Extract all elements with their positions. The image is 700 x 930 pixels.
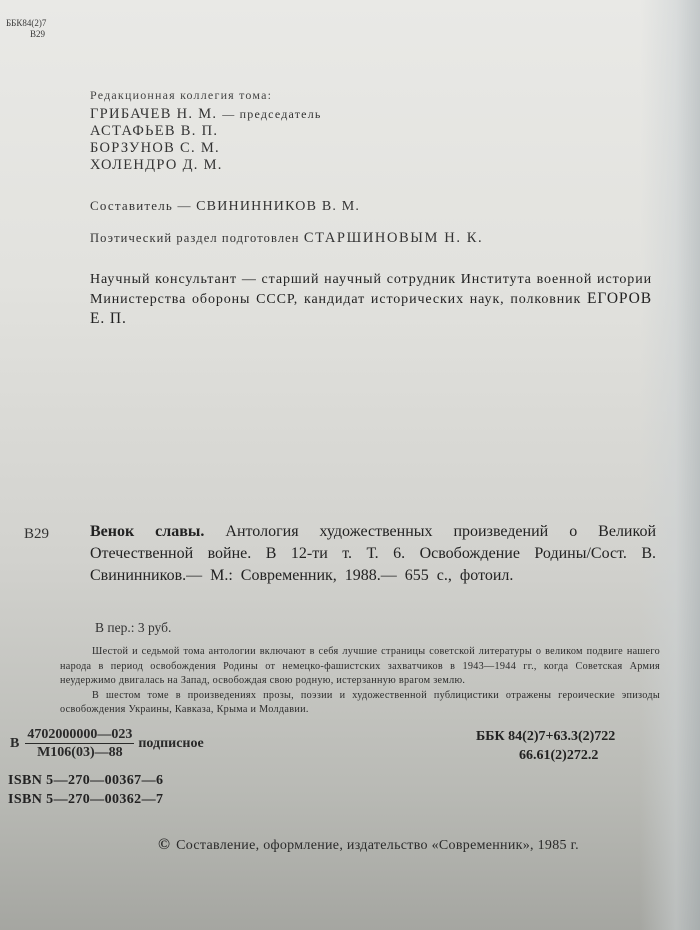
fraction-numerator: 4702000000—023 bbox=[25, 727, 134, 744]
bibliographic-record: Венок славы. Антология художественных пр… bbox=[90, 521, 656, 587]
isbn-line: ISBN 5—270—00362—7 bbox=[8, 790, 163, 809]
member-role: — председатель bbox=[222, 107, 321, 121]
poetic-section-line: Поэтический раздел подготовлен СТАРШИНОВ… bbox=[90, 230, 483, 247]
bbk-block: ББК 84(2)7+63.3(2)722 66.61(2)272.2 bbox=[476, 727, 615, 765]
fraction: 4702000000—023 М106(03)—88 bbox=[25, 727, 134, 761]
book-title: Венок славы. bbox=[90, 523, 204, 540]
index-code: В29 bbox=[6, 29, 46, 40]
copyright-text: Составление, оформление, издательство «С… bbox=[176, 838, 579, 853]
annotation-paragraph: Шестой и седьмой тома антологии включают… bbox=[60, 645, 660, 689]
bbk-line: ББК 84(2)7+63.3(2)722 bbox=[476, 727, 615, 746]
compiler-name: СВИНИННИКОВ В. М. bbox=[196, 199, 360, 214]
member-name: АСТАФЬЕВ В. П. bbox=[90, 123, 218, 139]
isbn-line: ISBN 5—270—00367—6 bbox=[8, 771, 163, 790]
board-member: ГРИБАЧЕВ Н. М. — председатель bbox=[90, 106, 322, 123]
editorial-board-heading: Редакционная коллегия тома: bbox=[90, 88, 322, 103]
isbn-block: ISBN 5—270—00367—6 ISBN 5—270—00362—7 bbox=[8, 771, 163, 809]
bbk-code: ББК84(2)7 bbox=[6, 18, 46, 29]
record-index-code: В29 bbox=[24, 526, 49, 543]
board-member: АСТАФЬЕВ В. П. bbox=[90, 123, 322, 140]
catalog-fraction: В 4702000000—023 М106(03)—88 подписное bbox=[10, 727, 204, 761]
editorial-board: Редакционная коллегия тома: ГРИБАЧЕВ Н. … bbox=[90, 88, 322, 174]
annotation: Шестой и седьмой тома антологии включают… bbox=[60, 645, 660, 718]
poetic-section-label: Поэтический раздел подготовлен bbox=[90, 231, 300, 245]
copyright-icon: © bbox=[158, 836, 170, 853]
bbk-line: 66.61(2)272.2 bbox=[476, 746, 615, 765]
consultant-text: Научный консультант — старший научный со… bbox=[90, 272, 652, 307]
consultant-paragraph: Научный консультант — старший научный со… bbox=[90, 270, 652, 329]
page-edge-shadow bbox=[640, 0, 700, 930]
copyright-line: © Составление, оформление, издательство … bbox=[158, 836, 579, 854]
member-name: БОРЗУНОВ С. М. bbox=[90, 140, 220, 156]
fraction-suffix: подписное bbox=[138, 736, 203, 752]
compiler-line: Составитель — СВИНИННИКОВ В. М. bbox=[90, 198, 360, 215]
board-member: ХОЛЕНДРО Д. М. bbox=[90, 157, 322, 174]
fraction-lead: В bbox=[10, 736, 19, 752]
top-classification-codes: ББК84(2)7 В29 bbox=[6, 18, 46, 40]
member-name: ХОЛЕНДРО Д. М. bbox=[90, 157, 223, 173]
board-member: БОРЗУНОВ С. М. bbox=[90, 140, 322, 157]
annotation-paragraph: В шестом томе в произведениях прозы, поэ… bbox=[60, 689, 660, 718]
compiler-label: Составитель — bbox=[90, 198, 192, 213]
price: В пер.: 3 руб. bbox=[95, 620, 171, 636]
member-name: ГРИБАЧЕВ Н. М. bbox=[90, 106, 217, 122]
poetic-section-name: СТАРШИНОВЫМ Н. К. bbox=[304, 230, 483, 246]
fraction-denominator: М106(03)—88 bbox=[37, 744, 123, 761]
